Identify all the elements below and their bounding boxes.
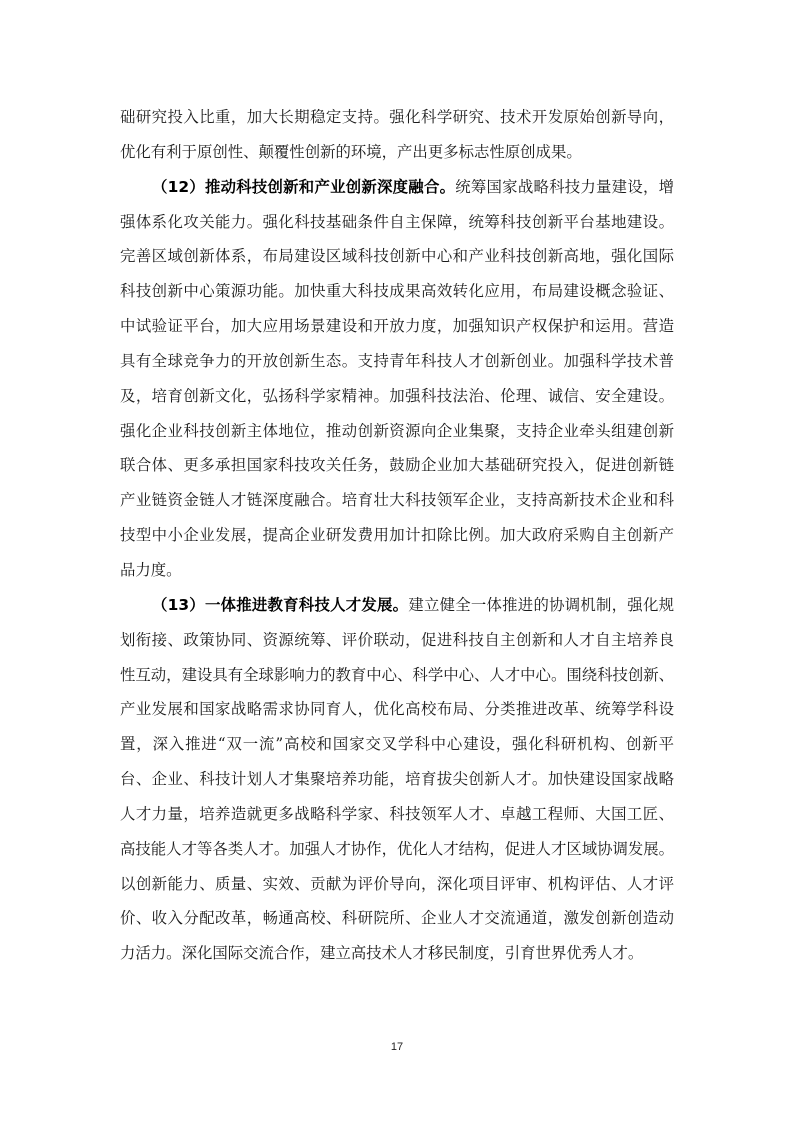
text-line: 高技能人才等各类人才。加强人才协作，优化人才结构，促进人才区域协调发展。 (120, 832, 674, 867)
text-line: 品力度。 (120, 553, 674, 588)
text-line: 具有全球竞争力的开放创新生态。支持青年科技人才创新创业。加强科学技术普 (120, 344, 674, 379)
text-line: 以创新能力、质量、实效、贡献为评价导向，深化项目评审、机构评估、人才评 (120, 867, 674, 902)
text-line: 产业链资金链人才链深度融合。培育壮大科技领军企业，支持高新技术企业和科 (120, 483, 674, 518)
text-line: 台、企业、科技计划人才集聚培养功能，培育拔尖创新人才。加快建设国家战略 (120, 762, 674, 797)
text-line: 中试验证平台，加大应用场景建设和开放力度，加强知识产权保护和运用。营造 (120, 309, 674, 344)
text-line: 性互动，建设具有全球影响力的教育中心、科学中心、人才中心。围绕科技创新、 (120, 658, 674, 693)
text-run: 统筹国家战略科技力量建设，增 (455, 178, 674, 196)
text-line: 优化有利于原创性、颠覆性创新的环境，产出更多标志性原创成果。 (120, 135, 674, 170)
text-line: 完善区域创新体系，布局建设区域科技创新中心和产业科技创新高地，强化国际 (120, 239, 674, 274)
text-run: 建立健全一体推进的协调机制，强化规 (408, 596, 674, 614)
text-line: 科技创新中心策源功能。加快重大科技成果高效转化应用，布局建设概念验证、 (120, 274, 674, 309)
text-line: 础研究投入比重，加大长期稳定支持。强化科学研究、技术开发原始创新导向， (120, 100, 674, 135)
text-line: 产业发展和国家战略需求协同育人，优化高校布局、分类推进改革、统筹学科设 (120, 692, 674, 727)
paragraph-first-line: （13）一体推进教育科技人才发展。建立健全一体推进的协调机制，强化规 (120, 588, 674, 623)
text-line: 强体系化攻关能力。强化科技基础条件自主保障，统筹科技创新平台基地建设。 (120, 205, 674, 240)
text-line: 价、收入分配改革，畅通高校、科研院所、企业人才交流通道，激发创新创造动 (120, 901, 674, 936)
paragraph-first-line: （12）推动科技创新和产业创新深度融合。统筹国家战略科技力量建设，增 (120, 170, 674, 205)
paragraph-continued: 础研究投入比重，加大长期稳定支持。强化科学研究、技术开发原始创新导向， 优化有利… (120, 100, 674, 170)
text-line: 及，培育创新文化，弘扬科学家精神。加强科技法治、伦理、诚信、安全建设。 (120, 379, 674, 414)
section-heading-13: （13）一体推进教育科技人才发展。 (152, 596, 408, 614)
section-heading-12: （12）推动科技创新和产业创新深度融合。 (152, 178, 455, 196)
text-line: 技型中小企业发展，提高企业研发费用加计扣除比例。加大政府采购自主创新产 (120, 518, 674, 553)
document-page: 础研究投入比重，加大长期稳定支持。强化科学研究、技术开发原始创新导向， 优化有利… (0, 0, 794, 1123)
text-line: 联合体、更多承担国家科技攻关任务，鼓励企业加大基础研究投入，促进创新链 (120, 448, 674, 483)
text-line: 力活力。深化国际交流合作，建立高技术人才移民制度，引育世界优秀人才。 (120, 936, 674, 971)
text-line: 置，深入推进“双一流”高校和国家交叉学科中心建设，强化科研机构、创新平 (120, 727, 674, 762)
page-body: 础研究投入比重，加大长期稳定支持。强化科学研究、技术开发原始创新导向， 优化有利… (120, 100, 674, 971)
paragraph-12: （12）推动科技创新和产业创新深度融合。统筹国家战略科技力量建设，增 强体系化攻… (120, 170, 674, 588)
paragraph-13: （13）一体推进教育科技人才发展。建立健全一体推进的协调机制，强化规 划衔接、政… (120, 588, 674, 971)
text-line: 强化企业科技创新主体地位，推动创新资源向企业集聚，支持企业牵头组建创新 (120, 414, 674, 449)
page-number: 17 (0, 1041, 794, 1053)
text-line: 划衔接、政策协同、资源统筹、评价联动，促进科技自主创新和人才自主培养良 (120, 623, 674, 658)
text-line: 人才力量，培养造就更多战略科学家、科技领军人才、卓越工程师、大国工匠、 (120, 797, 674, 832)
